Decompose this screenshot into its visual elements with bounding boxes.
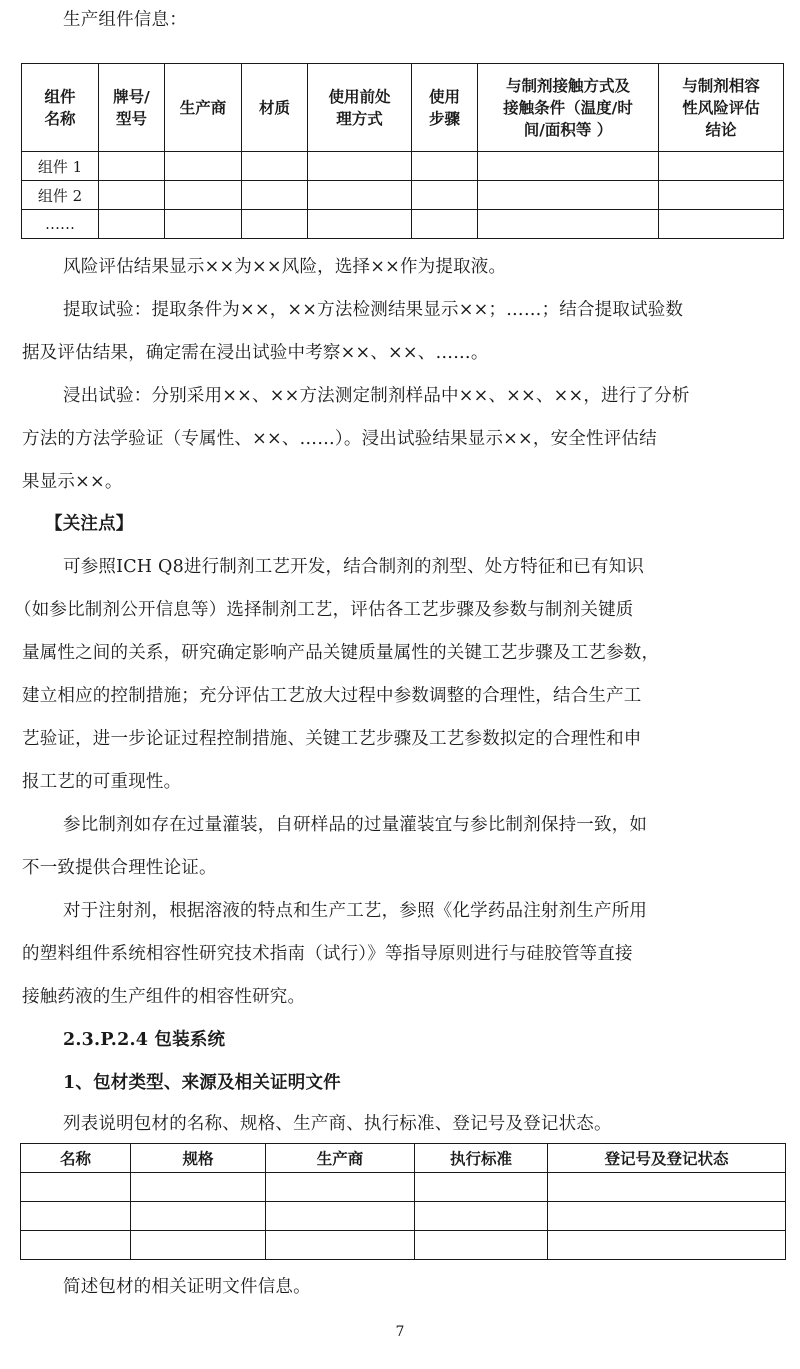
focus-text-line: 报工艺的可重现性。 [22, 771, 784, 793]
table-cell [659, 152, 784, 181]
table-row: …… [22, 210, 784, 239]
focus-text-line: 可参照ICH Q8进行制剂工艺开发，结合制剂的剂型、处方特征和已有知识 [63, 556, 800, 578]
header-cell: 与制剂相容 性风险评估 结论 [659, 64, 784, 152]
table-cell [412, 152, 478, 181]
table-cell [266, 1202, 415, 1231]
components-caption: 生产组件信息： [63, 9, 800, 31]
table-cell [99, 210, 165, 239]
focus-text-line: （如参比制剂公开信息等）选择制剂工艺，评估各工艺步骤及参数与制剂关键质 [14, 599, 776, 621]
table-cell [266, 1231, 415, 1260]
table-row: 组件 1 [22, 152, 784, 181]
injection-text-line: 的塑料组件系统相容性研究技术指南（试行）》等指导原则进行与硅胶管等直接 [22, 943, 784, 965]
table-cell [266, 1173, 415, 1202]
header-cell: 组件 名称 [22, 64, 99, 152]
leaching-text-line: 浸出试验：分别采用××、××方法测定制剂样品中××、××、××，进行了分析 [63, 385, 800, 407]
table-cell [478, 152, 659, 181]
table-cell [478, 210, 659, 239]
leaching-text-line: 果显示××。 [22, 471, 784, 493]
table-cell [242, 181, 308, 210]
subsection-heading: 1、包材类型、来源及相关证明文件 [63, 1072, 800, 1094]
header-cell: 规格 [131, 1144, 266, 1173]
header-cell: 名称 [21, 1144, 131, 1173]
table-cell [412, 181, 478, 210]
table-cell: …… [22, 210, 99, 239]
table-cell [548, 1173, 786, 1202]
overfill-text-line: 不一致提供合理性论证。 [22, 857, 784, 879]
table-row [21, 1202, 786, 1231]
leaching-text-line: 方法的方法学验证（专属性、××、……）。浸出试验结果显示××，安全性评估结 [22, 428, 784, 450]
components-table: 组件 名称 牌号/ 型号 生产商 材质 使用前处 理方式 使用 步骤 与制剂接触… [21, 63, 784, 239]
table-cell: 组件 1 [22, 152, 99, 181]
packaging-outro-text: 简述包材的相关证明文件信息。 [63, 1276, 800, 1298]
focus-text-line: 艺验证，进一步论证过程控制措施、关键工艺步骤及工艺参数拟定的合理性和申 [22, 728, 784, 750]
focus-heading: 【关注点】 [45, 513, 800, 535]
header-cell: 登记号及登记状态 [548, 1144, 786, 1173]
header-cell: 使用 步骤 [412, 64, 478, 152]
table-cell [131, 1202, 266, 1231]
risk-result-text: 风险评估结果显示××为××风险，选择××作为提取液。 [63, 256, 800, 278]
table-cell [308, 152, 412, 181]
table-row [21, 1231, 786, 1260]
table-header-row: 组件 名称 牌号/ 型号 生产商 材质 使用前处 理方式 使用 步骤 与制剂接触… [22, 64, 784, 152]
extraction-text-line: 据及评估结果，确定需在浸出试验中考察××、××、……。 [22, 342, 784, 364]
overfill-text-line: 参比制剂如存在过量灌装，自研样品的过量灌装宜与参比制剂保持一致，如 [63, 814, 800, 836]
table-cell [242, 210, 308, 239]
table-cell [165, 181, 242, 210]
table-cell [21, 1202, 131, 1231]
injection-text-line: 对于注射剂，根据溶液的特点和生产工艺，参照《化学药品注射剂生产所用 [63, 900, 800, 922]
injection-text-line: 接触药液的生产组件的相容性研究。 [22, 986, 784, 1008]
table-row: 组件 2 [22, 181, 784, 210]
table-cell [659, 181, 784, 210]
table-cell [131, 1173, 266, 1202]
focus-text-line: 建立相应的控制措施；充分评估工艺放大过程中参数调整的合理性，结合生产工 [22, 685, 784, 707]
focus-text-line: 量属性之间的关系，研究确定影响产品关键质量属性的关键工艺步骤及工艺参数， [22, 642, 784, 664]
header-cell: 牌号/ 型号 [99, 64, 165, 152]
page-number: 7 [0, 1324, 800, 1340]
table-cell [548, 1202, 786, 1231]
extraction-text-line: 提取试验：提取条件为××，××方法检测结果显示××；……；结合提取试验数 [63, 299, 800, 321]
packaging-intro-text: 列表说明包材的名称、规格、生产商、执行标准、登记号及登记状态。 [63, 1113, 800, 1135]
header-cell: 与制剂接触方式及 接触条件（温度/时 间/面积等 ） [478, 64, 659, 152]
table-cell [415, 1202, 548, 1231]
header-cell: 执行标准 [415, 1144, 548, 1173]
table-header-row: 名称 规格 生产商 执行标准 登记号及登记状态 [21, 1144, 786, 1173]
table-cell [415, 1173, 548, 1202]
table-cell [21, 1231, 131, 1260]
section-heading: 2.3.P.2.4 包装系统 [63, 1029, 800, 1051]
table-cell [165, 210, 242, 239]
table-cell [548, 1231, 786, 1260]
table-cell [478, 181, 659, 210]
header-cell: 材质 [242, 64, 308, 152]
header-cell: 生产商 [266, 1144, 415, 1173]
table-row [21, 1173, 786, 1202]
table-cell [21, 1173, 131, 1202]
table-cell [165, 152, 242, 181]
header-cell: 使用前处 理方式 [308, 64, 412, 152]
table-cell [659, 210, 784, 239]
table-cell [99, 152, 165, 181]
table-cell [412, 210, 478, 239]
table-cell: 组件 2 [22, 181, 99, 210]
table-cell [99, 181, 165, 210]
table-cell [308, 210, 412, 239]
table-cell [415, 1231, 548, 1260]
table-cell [242, 152, 308, 181]
header-cell: 生产商 [165, 64, 242, 152]
packaging-table: 名称 规格 生产商 执行标准 登记号及登记状态 [20, 1143, 786, 1260]
table-cell [131, 1231, 266, 1260]
table-cell [308, 181, 412, 210]
